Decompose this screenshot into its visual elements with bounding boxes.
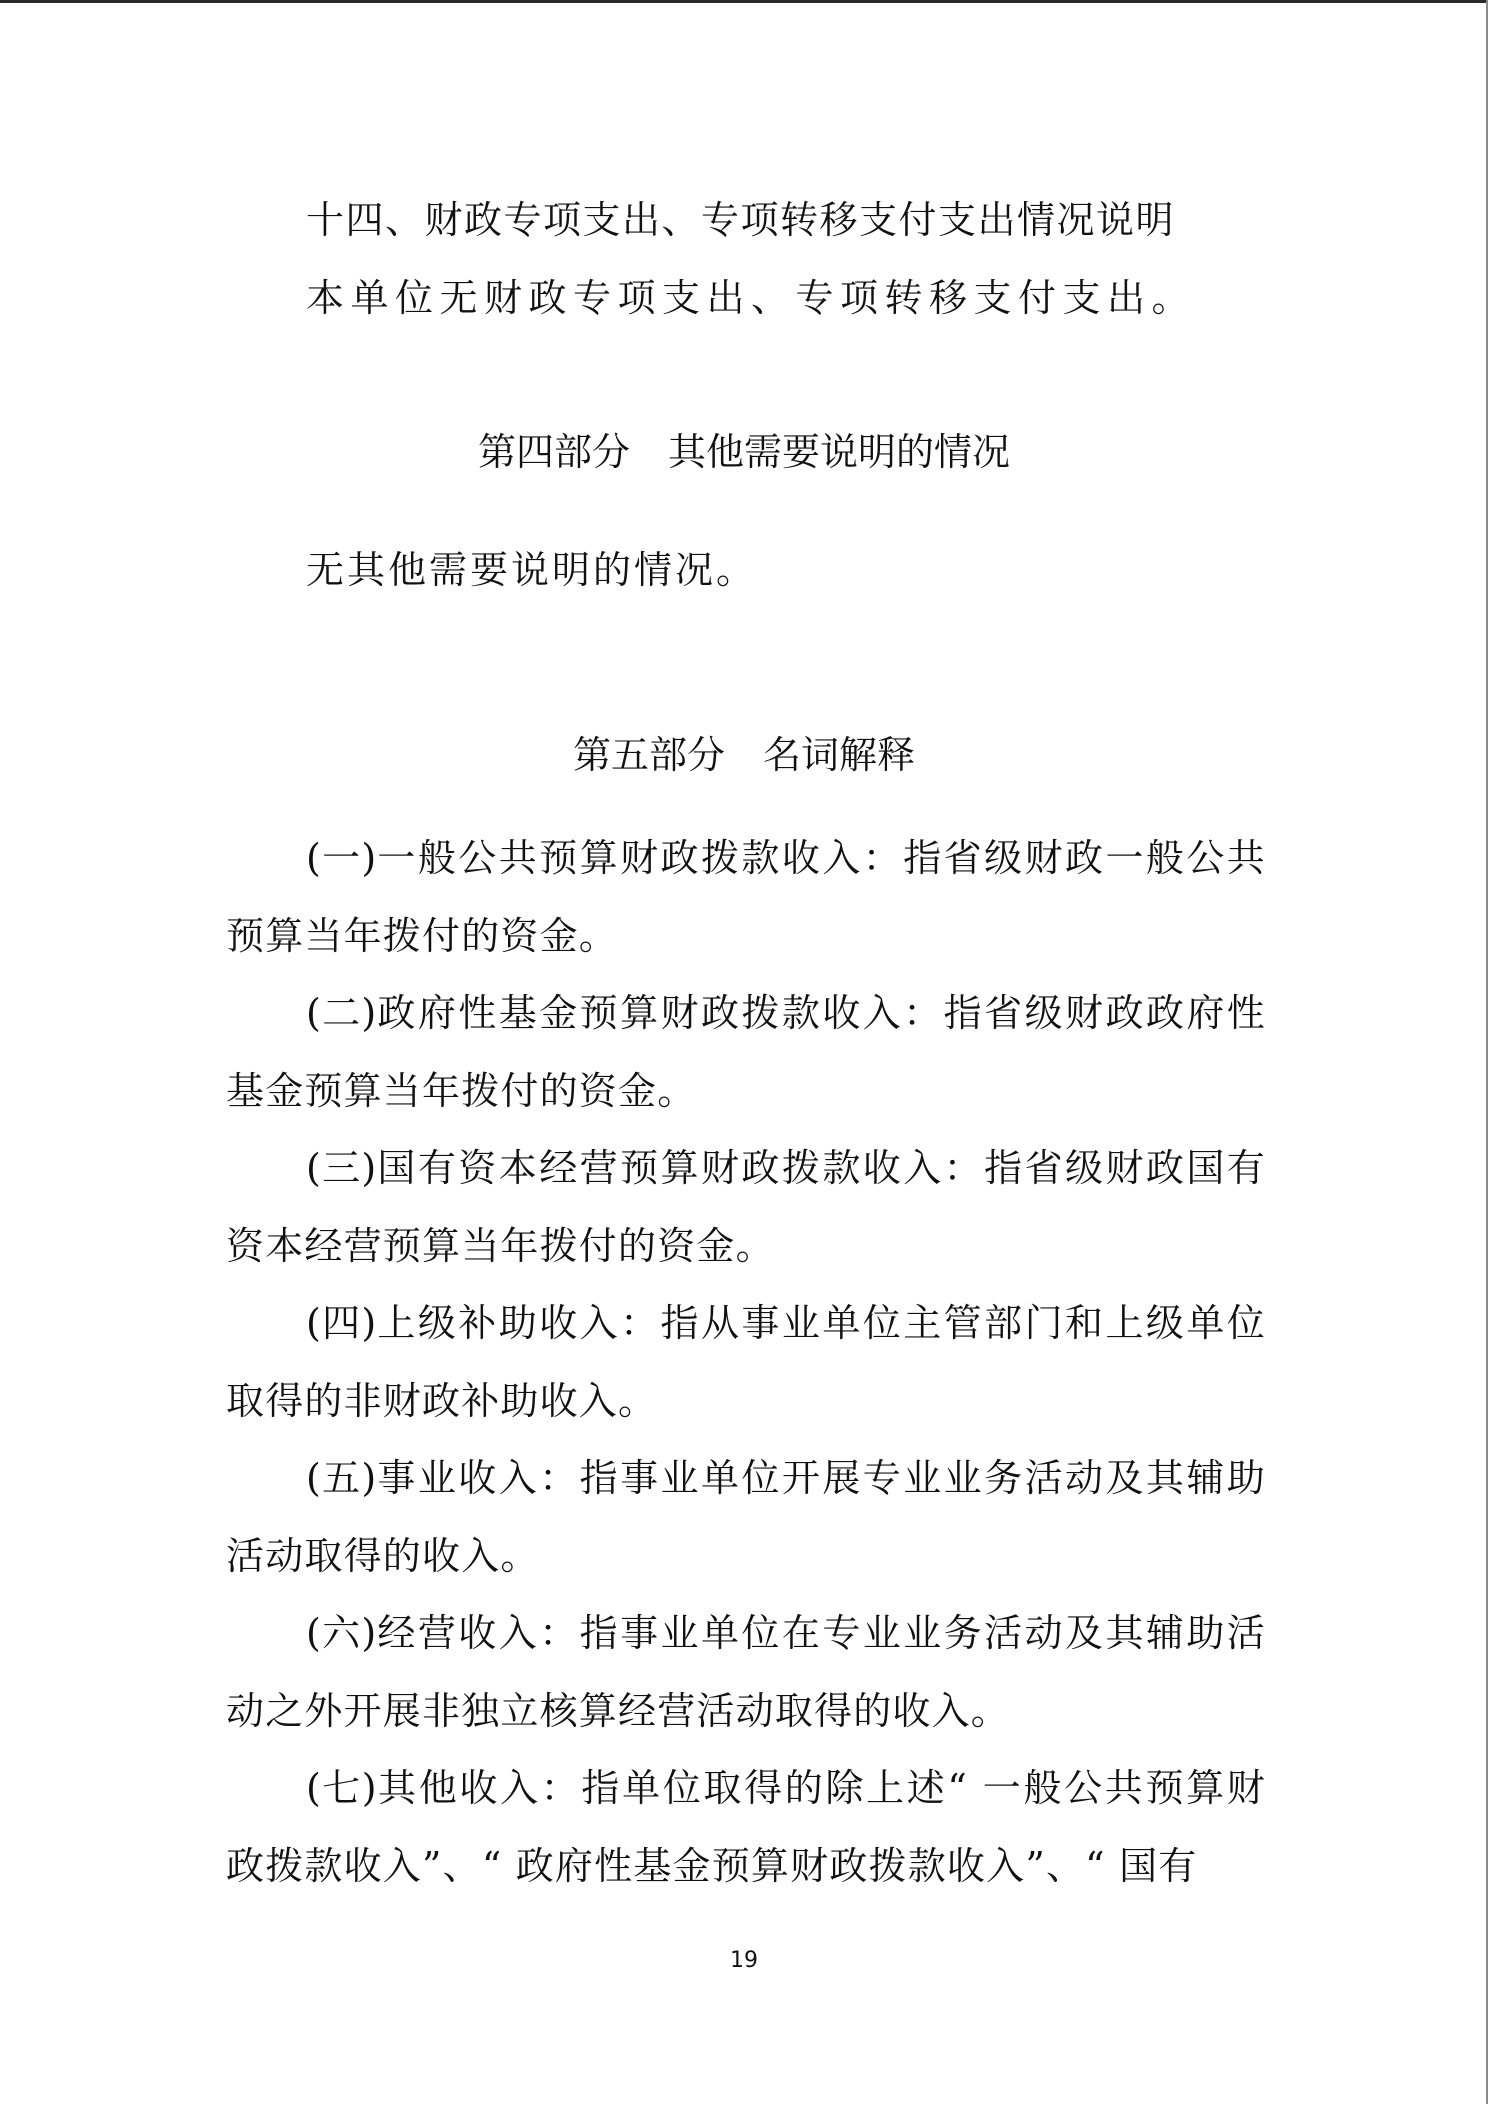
term-text: 一般公共预算财政拨款收入：指省级财政一般公共预算当年拨付的资金。 xyxy=(226,836,1266,958)
term-text: 经营收入：指事业单位在专业业务活动及其辅助活动之外开展非独立核算经营活动取得的收… xyxy=(226,1611,1266,1733)
term-number: (三) xyxy=(306,1146,376,1190)
term-number: (七) xyxy=(306,1766,377,1810)
term-number: (五) xyxy=(306,1456,376,1500)
term-definition: (二)政府性基金预算财政拨款收入：指省级财政政府性基金预算当年拨付的资金。 xyxy=(226,975,1266,1130)
section-14-body: 本单位无财政专项支出、专项转移支付支出。 xyxy=(306,273,1196,323)
term-text: 国有资本经营预算财政拨款收入：指省级财政国有资本经营预算当年拨付的资金。 xyxy=(226,1146,1266,1268)
term-definition: (六)经营收入：指事业单位在专业业务活动及其辅助活动之外开展非独立核算经营活动取… xyxy=(226,1595,1266,1750)
term-text: 事业收入：指事业单位开展专业业务活动及其辅助活动取得的收入。 xyxy=(226,1456,1266,1578)
term-definition: (三)国有资本经营预算财政拨款收入：指省级财政国有资本经营预算当年拨付的资金。 xyxy=(226,1130,1266,1285)
term-definition: (四)上级补助收入：指从事业单位主管部门和上级单位取得的非财政补助收入。 xyxy=(226,1285,1266,1440)
page-number: 19 xyxy=(0,1946,1488,1976)
term-number: (四) xyxy=(306,1301,376,1345)
term-definition: (五)事业收入：指事业单位开展专业业务活动及其辅助活动取得的收入。 xyxy=(226,1440,1266,1595)
term-text: 其他收入：指单位取得的除上述“ 一般公共预算财政拨款收入”、“ 政府性基金预算财… xyxy=(226,1766,1266,1888)
term-definition: (一)一般公共预算财政拨款收入：指省级财政一般公共预算当年拨付的资金。 xyxy=(226,820,1266,975)
term-text: 政府性基金预算财政拨款收入：指省级财政政府性基金预算当年拨付的资金。 xyxy=(226,991,1266,1113)
term-definition: (七)其他收入：指单位取得的除上述“ 一般公共预算财政拨款收入”、“ 政府性基金… xyxy=(226,1750,1266,1905)
section-14-title: 十四、财政专项支出、专项转移支付支出情况说明 xyxy=(306,195,1175,245)
part-4-heading: 第四部分 其他需要说明的情况 xyxy=(0,427,1488,477)
term-number: (二) xyxy=(306,991,376,1035)
part-5-heading: 第五部分 名词解释 xyxy=(0,730,1488,780)
term-number: (六) xyxy=(306,1611,376,1655)
term-text: 上级补助收入：指从事业单位主管部门和上级单位取得的非财政补助收入。 xyxy=(226,1301,1266,1423)
term-number: (一) xyxy=(306,836,376,880)
page-top-border xyxy=(0,0,1488,3)
part-4-body: 无其他需要说明的情况。 xyxy=(306,545,757,595)
